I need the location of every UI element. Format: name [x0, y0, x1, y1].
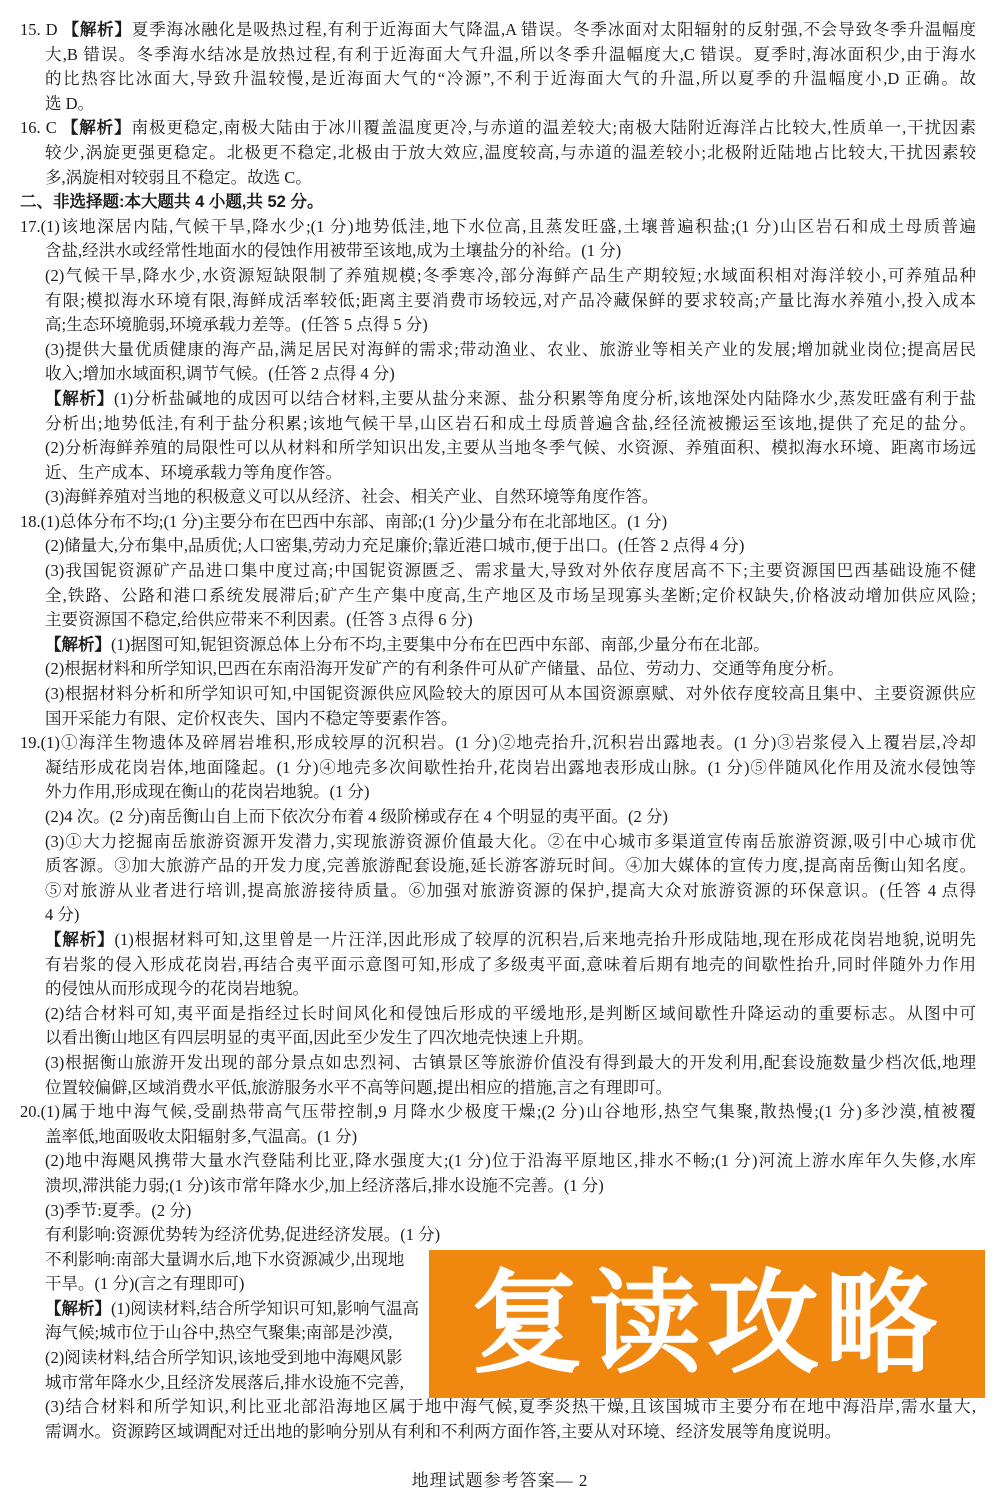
- line-text-start: 15. D: [20, 20, 62, 39]
- text-line: 以看出衡山地区有四层明显的夷平面,因此至少发生了四次地壳快速上升期。: [20, 1026, 976, 1051]
- text-line: 17.(1)该地深居内陆,气候干旱,降水少;(1 分)地势低洼,地下水位高,且蒸…: [20, 215, 976, 240]
- line-text-start: (2)根据材料和所学知识,巴西在东南沿海开发矿产的有利条件可从矿产储量、品位、劳…: [45, 659, 844, 678]
- line-text-start: 较少,涡旋更强更稳定。北极更不稳定,北极由于放大效应,温度较高,与赤道的温差较小…: [45, 143, 976, 162]
- line-text-start: ⑤对旅游从业者进行培训,提高旅游接待质量。⑥加强对旅游资源的保护,提高大众对旅游…: [45, 881, 976, 900]
- line-text-start: (3)根据衡山旅游开发出现的部分景点如忠烈祠、古镇景区等旅游价值没有得到最大的开…: [45, 1053, 976, 1072]
- text-line: 盖率低,地面吸收太阳辐射多,气温高。(1 分): [20, 1125, 976, 1150]
- line-text-start: 选 D。: [45, 94, 94, 113]
- line-text-start: 有利影响:资源优势转为经济优势,促进经济发展。(1 分): [45, 1225, 440, 1244]
- text-line: 外力作用,形成现在衡山的花岗岩地貌。(1 分): [20, 780, 976, 805]
- line-text-start: (3)根据材料分析和所学知识可知,中国铌资源供应风险较大的原因可从本国资源禀赋、…: [45, 684, 976, 703]
- line-text-start: 国开采能力有限、定价权丧失、国内不稳定等要素作答。: [45, 709, 458, 728]
- text-line: (3)根据衡山旅游开发出现的部分景点如忠烈祠、古镇景区等旅游价值没有得到最大的开…: [20, 1051, 976, 1076]
- text-line: 有岩浆的侵入形成花岗岩,再结合夷平面示意图可知,形成了多级夷平面,意味着后期有地…: [20, 953, 976, 978]
- text-line: (3)我国铌资源矿产品进口集中度过高;中国铌资源匮乏、需求量大,导致对外依存度居…: [20, 559, 976, 584]
- line-text-start: 近、生产成本、环境承载力等角度作答。: [45, 463, 342, 482]
- text-line: (2)地中海飓风携带大量水汽登陆利比亚,降水强度大;(1 分)位于沿海平原地区,…: [20, 1149, 976, 1174]
- line-text-start: 质客源。③加大旅游产品的开发力度,完善旅游配套设施,延长游客游玩时间。④加大媒体…: [45, 856, 976, 875]
- text-line: 二、非选择题:本大题共 4 小题,共 52 分。: [20, 190, 976, 215]
- text-line: (3)根据材料分析和所学知识可知,中国铌资源供应风险较大的原因可从本国资源禀赋、…: [20, 682, 976, 707]
- analysis-bold-label: 【解析】: [45, 636, 111, 654]
- text-line: 位置较偏僻,区域消费水平低,旅游服务水平不高等问题,提出相应的措施,言之有理即可…: [20, 1076, 976, 1101]
- text-line: 15. D 【解析】夏季海冰融化是吸热过程,有利于近海面大气降温,A 错误。冬季…: [20, 18, 976, 43]
- text-line: 分析出;地势低洼,有利于盐分积累;该地气候干旱,山区岩石和成土母质普遍含盐,经径…: [20, 412, 976, 437]
- line-text-start: (2)分析海鲜养殖的局限性可以从材料和所学知识出发,主要从当地冬季气候、水资源、…: [45, 438, 976, 457]
- line-text-start: 的侵蚀从而形成现今的花岗岩地貌。: [45, 979, 309, 998]
- line-text-start: (3)提供大量优质健康的海产品,满足居民对海鲜的需求;带动渔业、农业、旅游业等相…: [45, 340, 976, 359]
- line-text-start: 的比热容比冰面大,导致升温较慢,是近海面大气的“冷源”,不利于近海面大气的升温,…: [45, 69, 976, 88]
- line-text-start: 20.(1)属于地中海气候,受副热带高气压带控制,9 月降水少极度干燥;(2 分…: [20, 1102, 976, 1121]
- text-line: 较少,涡旋更强更稳定。北极更不稳定,北极由于放大效应,温度较高,与赤道的温差较小…: [20, 141, 976, 166]
- line-text-start: (2)结合材料可知,夷平面是指经过长时间风化和侵蚀后形成的平缓地形,是判断区域间…: [45, 1004, 976, 1023]
- line-text-start: 城市常年降水少,且经济发展落后,排水设施不完善,: [45, 1373, 404, 1392]
- text-line: (2)分析海鲜养殖的局限性可以从材料和所学知识出发,主要从当地冬季气候、水资源、…: [20, 436, 976, 461]
- line-text-start: 海气候;城市位于山谷中,热空气聚集;南部是沙漠,: [45, 1323, 392, 1342]
- line-text-start: 含盐,经洪水或经常性地面水的侵蚀作用被带至该地,成为土壤盐分的补给。(1 分): [45, 241, 621, 260]
- line-text-start: (2)地中海飓风携带大量水汽登陆利比亚,降水强度大;(1 分)位于沿海平原地区,…: [45, 1151, 976, 1170]
- analysis-bold-label: 二、非选择题:本大题共 4 小题,共 52 分。: [20, 193, 323, 211]
- text-line: 凝结形成花岗岩体,地面隆起。(1 分)④地壳多次间歇性抬升,花岗岩出露地表形成山…: [20, 756, 976, 781]
- line-text-start: (3)结合材料和所学知识,利比亚北部沿海地区属于地中海气候,夏季炎热干燥,且该国…: [45, 1397, 976, 1416]
- text-line: 19.(1)①海洋生物遗体及碎屑岩堆积,形成较厚的沉积岩。(1 分)②地壳抬升,…: [20, 731, 976, 756]
- text-line: 含盐,经洪水或经常性地面水的侵蚀作用被带至该地,成为土壤盐分的补给。(1 分): [20, 239, 976, 264]
- line-text-start: 多,涡旋相对较弱且不稳定。故选 C。: [45, 168, 312, 187]
- analysis-bold-label: 【解析】: [62, 119, 132, 137]
- analysis-bold-label: 【解析】: [45, 931, 115, 949]
- text-line: (2)根据材料和所学知识,巴西在东南沿海开发矿产的有利条件可从矿产储量、品位、劳…: [20, 657, 976, 682]
- text-line: (2)结合材料可知,夷平面是指经过长时间风化和侵蚀后形成的平缓地形,是判断区域间…: [20, 1002, 976, 1027]
- line-text-start: 溃坝,滞洪能力弱;(1 分)该市常年降水少,加上经济落后,排水设施不完善。(1 …: [45, 1176, 604, 1195]
- analysis-bold-label: 【解析】: [62, 21, 131, 39]
- page-footer: 地理试题参考答案— 2: [0, 1466, 1000, 1491]
- text-line: (3)提供大量优质健康的海产品,满足居民对海鲜的需求;带动渔业、农业、旅游业等相…: [20, 338, 976, 363]
- line-text-start: (2)气候干旱,降水少,水资源短缺限制了养殖规模;冬季寒冷,部分海鲜产品生产期较…: [45, 266, 976, 285]
- text-line: (3)海鲜养殖对当地的积极意义可以从经济、社会、相关产业、自然环境等角度作答。: [20, 485, 976, 510]
- line-text-start: 有岩浆的侵入形成花岗岩,再结合夷平面示意图可知,形成了多级夷平面,意味着后期有地…: [45, 955, 976, 974]
- line-text-start: 需调水。资源跨区域调配对迁出地的影响分别从有利和不利两方面作答,主要从对环境、经…: [45, 1422, 841, 1441]
- text-line: 的侵蚀从而形成现今的花岗岩地貌。: [20, 977, 976, 1002]
- line-text: 夏季海冰融化是吸热过程,有利于近海面大气降温,A 错误。冬季冰面对太阳辐射的反射…: [132, 20, 976, 39]
- line-text-start: 干旱。(1 分)(言之有理即可): [45, 1274, 244, 1293]
- text-line: 选 D。: [20, 92, 976, 117]
- text-line: 【解析】(1)根据材料可知,这里曾是一片汪洋,因此形成了较厚的沉积岩,后来地壳抬…: [20, 928, 976, 953]
- line-text-start: 位置较偏僻,区域消费水平低,旅游服务水平不高等问题,提出相应的措施,言之有理即可…: [45, 1078, 672, 1097]
- line-text-start: (2)4 次。(2 分)南岳衡山自上而下依次分布着 4 级阶梯或存在 4 个明显…: [45, 807, 668, 826]
- footer-text: 地理试题参考答案— 2: [412, 1471, 589, 1490]
- text-line: 全,铁路、公路和港口系统发展滞后;矿产生产集中度高,生产地区及市场呈现寡头垄断;…: [20, 584, 976, 609]
- text-line: (3)①大力挖掘南岳旅游资源开发潜力,实现旅游资源价值最大化。②在中心城市多渠道…: [20, 830, 976, 855]
- line-text: 南极更稳定,南极大陆由于冰川覆盖温度更冷,与赤道的温差较大;南极大陆附近海洋占比…: [132, 118, 976, 137]
- text-line: 【解析】(1)分析盐碱地的成因可以结合材料,主要从盐分来源、盐分积累等角度分析,…: [20, 387, 976, 412]
- line-text-start: (3)我国铌资源矿产品进口集中度过高;中国铌资源匮乏、需求量大,导致对外依存度居…: [45, 561, 976, 580]
- line-text-start: 盖率低,地面吸收太阳辐射多,气温高。(1 分): [45, 1127, 357, 1146]
- watermark-box: 复读攻略: [429, 1250, 985, 1398]
- text-line: (3)结合材料和所学知识,利比亚北部沿海地区属于地中海气候,夏季炎热干燥,且该国…: [20, 1395, 976, 1420]
- line-text: (1)分析盐碱地的成因可以结合材料,主要从盐分来源、盐分积累等角度分析,该地深处…: [114, 389, 976, 408]
- line-text-start: (3)①大力挖掘南岳旅游资源开发潜力,实现旅游资源价值最大化。②在中心城市多渠道…: [45, 832, 976, 851]
- text-line: 收入;增加水域面积,调节气候。(任答 2 点得 4 分): [20, 362, 976, 387]
- line-text: (1)阅读材料,结合所学知识可知,影响气温高: [111, 1299, 419, 1318]
- document-page: 15. D 【解析】夏季海冰融化是吸热过程,有利于近海面大气降温,A 错误。冬季…: [0, 0, 1000, 1509]
- text-line: 主要资源国不稳定,给供应带来不利因素。(任答 3 点得 6 分): [20, 608, 976, 633]
- line-text-start: 高;生态环境脆弱,环境承载力差等。(任答 5 点得 5 分): [45, 315, 428, 334]
- line-text: (1)据图可知,铌钽资源总体上分布不均,主要集中分布在巴西中东部、南部,少量分布…: [111, 635, 770, 654]
- watermark-text: 复读攻略: [471, 1268, 943, 1380]
- text-line: (2)气候干旱,降水少,水资源短缺限制了养殖规模;冬季寒冷,部分海鲜产品生产期较…: [20, 264, 976, 289]
- line-text-start: 17.(1)该地深居内陆,气候干旱,降水少;(1 分)地势低洼,地下水位高,且蒸…: [20, 217, 976, 236]
- text-line: 大,B 错误。冬季海水结冰是放热过程,有利于近海面大气升温,所以冬季升温幅度大,…: [20, 43, 976, 68]
- text-line: 【解析】(1)据图可知,铌钽资源总体上分布不均,主要集中分布在巴西中东部、南部,…: [20, 633, 976, 658]
- text-line: 高;生态环境脆弱,环境承载力差等。(任答 5 点得 5 分): [20, 313, 976, 338]
- text-line: 需调水。资源跨区域调配对迁出地的影响分别从有利和不利两方面作答,主要从对环境、经…: [20, 1420, 976, 1445]
- answer-key-text: 15. D 【解析】夏季海冰融化是吸热过程,有利于近海面大气降温,A 错误。冬季…: [20, 18, 976, 1444]
- line-text-start: 有限;模拟海水环境有限,海鲜成活率较低;距离主要消费市场较远,对产品冷藏保鲜的要…: [45, 291, 976, 310]
- line-text-start: 全,铁路、公路和港口系统发展滞后;矿产生产集中度高,生产地区及市场呈现寡头垄断;…: [45, 586, 976, 605]
- line-text-start: 收入;增加水域面积,调节气候。(任答 2 点得 4 分): [45, 364, 395, 383]
- line-text-start: (2)阅读材料,结合所学知识,该地受到地中海飓风影: [45, 1348, 403, 1367]
- line-text-start: 不利影响:南部大量调水后,地下水资源减少,出现地: [45, 1250, 404, 1269]
- line-text-start: (3)海鲜养殖对当地的积极意义可以从经济、社会、相关产业、自然环境等角度作答。: [45, 487, 658, 506]
- line-text-start: 19.(1)①海洋生物遗体及碎屑岩堆积,形成较厚的沉积岩。(1 分)②地壳抬升,…: [20, 733, 976, 752]
- text-line: 多,涡旋相对较弱且不稳定。故选 C。: [20, 166, 976, 191]
- text-line: 质客源。③加大旅游产品的开发力度,完善旅游配套设施,延长游客游玩时间。④加大媒体…: [20, 854, 976, 879]
- text-line: 4 分): [20, 903, 976, 928]
- line-text-start: 4 分): [45, 905, 79, 924]
- text-line: 18.(1)总体分布不均;(1 分)主要分布在巴西中东部、南部;(1 分)少量分…: [20, 510, 976, 535]
- analysis-bold-label: 【解析】: [45, 390, 114, 408]
- line-text-start: (3)季节:夏季。(2 分): [45, 1201, 191, 1220]
- line-text-start: 外力作用,形成现在衡山的花岗岩地貌。(1 分): [45, 782, 370, 801]
- text-line: (2)4 次。(2 分)南岳衡山自上而下依次分布着 4 级阶梯或存在 4 个明显…: [20, 805, 976, 830]
- line-text-start: 大,B 错误。冬季海水结冰是放热过程,有利于近海面大气升温,所以冬季升温幅度大,…: [45, 45, 976, 64]
- line-text-start: 16. C: [20, 118, 62, 137]
- line-text-start: 主要资源国不稳定,给供应带来不利因素。(任答 3 点得 6 分): [45, 610, 473, 629]
- line-text-start: 分析出;地势低洼,有利于盐分积累;该地气候干旱,山区岩石和成土母质普遍含盐,经径…: [45, 414, 976, 433]
- line-text-start: (2)储量大,分布集中,品质优;人口密集,劳动力充足廉价;靠近港口城市,便于出口…: [45, 536, 744, 555]
- text-line: 国开采能力有限、定价权丧失、国内不稳定等要素作答。: [20, 707, 976, 732]
- line-text-start: 18.(1)总体分布不均;(1 分)主要分布在巴西中东部、南部;(1 分)少量分…: [20, 512, 667, 531]
- text-line: 溃坝,滞洪能力弱;(1 分)该市常年降水少,加上经济落后,排水设施不完善。(1 …: [20, 1174, 976, 1199]
- text-line: 近、生产成本、环境承载力等角度作答。: [20, 461, 976, 486]
- text-line: (2)储量大,分布集中,品质优;人口密集,劳动力充足廉价;靠近港口城市,便于出口…: [20, 534, 976, 559]
- text-line: 有利影响:资源优势转为经济优势,促进经济发展。(1 分): [20, 1223, 976, 1248]
- text-line: 20.(1)属于地中海气候,受副热带高气压带控制,9 月降水少极度干燥;(2 分…: [20, 1100, 976, 1125]
- line-text: (1)根据材料可知,这里曾是一片汪洋,因此形成了较厚的沉积岩,后来地壳抬升形成陆…: [115, 930, 976, 949]
- line-text-start: 以看出衡山地区有四层明显的夷平面,因此至少发生了四次地壳快速上升期。: [45, 1028, 594, 1047]
- text-line: 16. C 【解析】南极更稳定,南极大陆由于冰川覆盖温度更冷,与赤道的温差较大;…: [20, 116, 976, 141]
- analysis-bold-label: 【解析】: [45, 1300, 111, 1318]
- text-line: 有限;模拟海水环境有限,海鲜成活率较低;距离主要消费市场较远,对产品冷藏保鲜的要…: [20, 289, 976, 314]
- line-text-start: 凝结形成花岗岩体,地面隆起。(1 分)④地壳多次间歇性抬升,花岗岩出露地表形成山…: [45, 758, 976, 777]
- text-line: 的比热容比冰面大,导致升温较慢,是近海面大气的“冷源”,不利于近海面大气的升温,…: [20, 67, 976, 92]
- text-line: ⑤对旅游从业者进行培训,提高旅游接待质量。⑥加强对旅游资源的保护,提高大众对旅游…: [20, 879, 976, 904]
- text-line: (3)季节:夏季。(2 分): [20, 1199, 976, 1224]
